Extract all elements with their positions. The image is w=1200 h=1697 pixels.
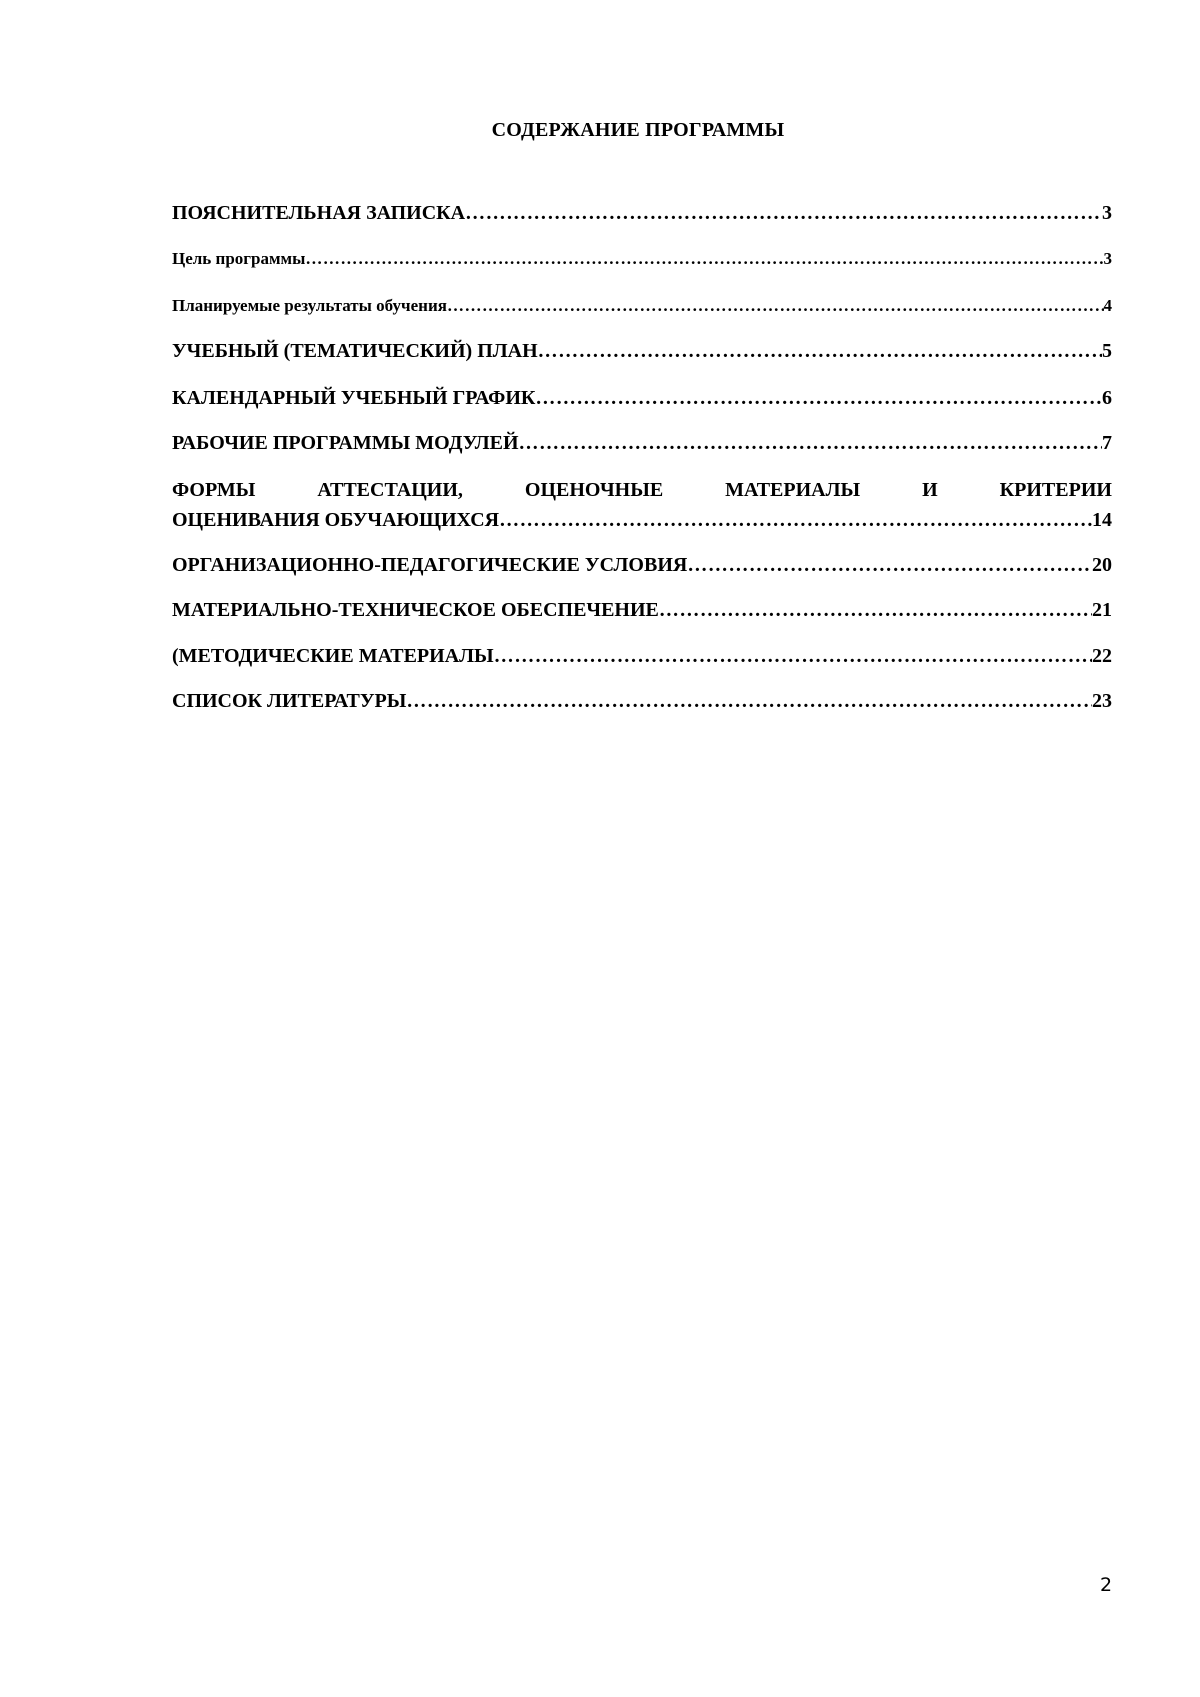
toc-entry-label: ОЦЕНИВАНИЯ ОБУЧАЮЩИХСЯ <box>172 505 499 535</box>
toc-entry-organizational-conditions[interactable]: ОРГАНИЗАЦИОННО-ПЕДАГОГИЧЕСКИЕ УСЛОВИЯ 20 <box>172 550 1112 580</box>
toc-entry-page: 3 <box>1102 198 1112 228</box>
dot-leader <box>687 550 1092 580</box>
dot-leader <box>499 505 1092 535</box>
toc-entry-label: (МЕТОДИЧЕСКИЕ МАТЕРИАЛЫ <box>172 641 494 671</box>
toc-entry-label: МАТЕРИАЛЬНО-ТЕХНИЧЕСКОЕ ОБЕСПЕЧЕНИЕ <box>172 595 659 625</box>
toc-word: ОЦЕНОЧНЫЕ <box>525 475 663 505</box>
toc-entry-page: 5 <box>1102 336 1112 366</box>
toc-entry-page: 21 <box>1092 595 1112 625</box>
document-page: СОДЕРЖАНИЕ ПРОГРАММЫ ПОЯСНИТЕЛЬНАЯ ЗАПИС… <box>0 0 1200 1697</box>
dot-leader <box>519 428 1102 458</box>
dot-leader <box>538 336 1102 366</box>
dot-leader <box>494 641 1092 671</box>
toc-entry-page: 6 <box>1102 383 1112 413</box>
dot-leader <box>465 198 1102 228</box>
dot-leader <box>447 291 1104 321</box>
toc-word: ФОРМЫ <box>172 475 255 505</box>
toc-entry-curriculum-plan[interactable]: УЧЕБНЫЙ (ТЕМАТИЧЕСКИЙ) ПЛАН 5 <box>172 336 1112 366</box>
dot-leader <box>305 244 1103 274</box>
toc-entry-label: Планируемые результаты обучения <box>172 291 447 321</box>
dot-leader <box>535 383 1102 413</box>
toc-word: И <box>922 475 938 505</box>
toc-entry-page: 7 <box>1102 428 1112 458</box>
toc-entry-page: 4 <box>1104 291 1113 321</box>
toc-entry-material-support[interactable]: МАТЕРИАЛЬНО-ТЕХНИЧЕСКОЕ ОБЕСПЕЧЕНИЕ 21 <box>172 595 1112 625</box>
toc-entry-page: 14 <box>1092 505 1112 535</box>
toc-entry-explanatory-note[interactable]: ПОЯСНИТЕЛЬНАЯ ЗАПИСКА 3 <box>172 198 1112 228</box>
dot-leader <box>406 686 1092 716</box>
toc-entry-calendar-schedule[interactable]: КАЛЕНДАРНЫЙ УЧЕБНЫЙ ГРАФИК 6 <box>172 383 1112 413</box>
toc-entry-planned-results[interactable]: Планируемые результаты обучения 4 <box>172 291 1112 321</box>
page-number: 2 <box>1100 1574 1112 1596</box>
toc-entry-module-programs[interactable]: РАБОЧИЕ ПРОГРАММЫ МОДУЛЕЙ 7 <box>172 428 1112 458</box>
dot-leader <box>659 595 1092 625</box>
toc-entry-label: КАЛЕНДАРНЫЙ УЧЕБНЫЙ ГРАФИК <box>172 383 535 413</box>
toc-entry-label: УЧЕБНЫЙ (ТЕМАТИЧЕСКИЙ) ПЛАН <box>172 336 538 366</box>
toc-entry-page: 22 <box>1092 641 1112 671</box>
toc-entry-line1: ФОРМЫ АТТЕСТАЦИИ, ОЦЕНОЧНЫЕ МАТЕРИАЛЫ И … <box>172 475 1112 505</box>
toc-entry-page: 20 <box>1092 550 1112 580</box>
toc-entry-methodical-materials[interactable]: (МЕТОДИЧЕСКИЕ МАТЕРИАЛЫ 22 <box>172 641 1112 671</box>
toc-entry-page: 23 <box>1092 686 1112 716</box>
toc-word: КРИТЕРИИ <box>1000 475 1112 505</box>
toc-entry-line2: ОЦЕНИВАНИЯ ОБУЧАЮЩИХСЯ 14 <box>172 505 1112 535</box>
toc-entry-program-goal[interactable]: Цель программы 3 <box>172 244 1112 274</box>
toc-entry-page: 3 <box>1104 244 1113 274</box>
toc-entry-assessment-forms[interactable]: ФОРМЫ АТТЕСТАЦИИ, ОЦЕНОЧНЫЕ МАТЕРИАЛЫ И … <box>172 475 1112 535</box>
toc-entry-references[interactable]: СПИСОК ЛИТЕРАТУРЫ 23 <box>172 686 1112 716</box>
toc-entry-label: СПИСОК ЛИТЕРАТУРЫ <box>172 686 406 716</box>
page-title: СОДЕРЖАНИЕ ПРОГРАММЫ <box>0 118 1200 142</box>
toc-word: МАТЕРИАЛЫ <box>725 475 860 505</box>
toc-entry-label: РАБОЧИЕ ПРОГРАММЫ МОДУЛЕЙ <box>172 428 519 458</box>
toc-word: АТТЕСТАЦИИ, <box>317 475 463 505</box>
toc-entry-label: ПОЯСНИТЕЛЬНАЯ ЗАПИСКА <box>172 198 465 228</box>
toc-entry-label: Цель программы <box>172 244 305 274</box>
toc-entry-label: ОРГАНИЗАЦИОННО-ПЕДАГОГИЧЕСКИЕ УСЛОВИЯ <box>172 550 687 580</box>
